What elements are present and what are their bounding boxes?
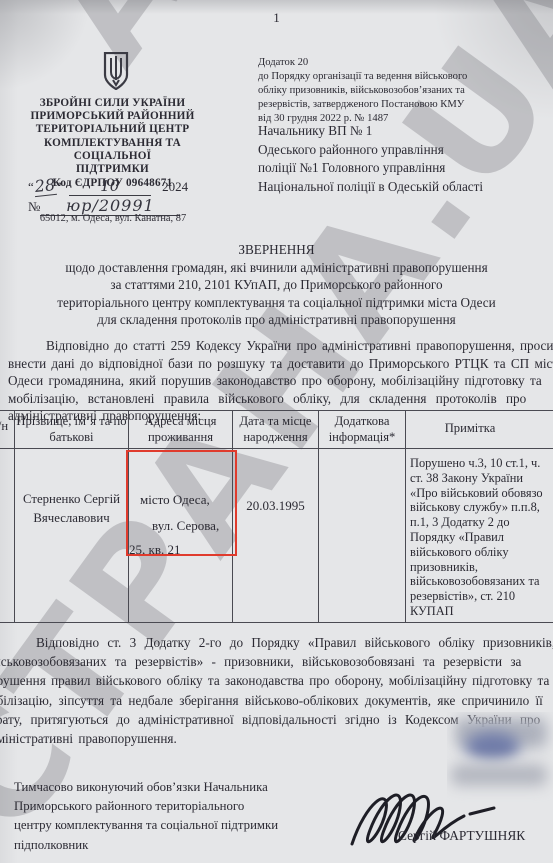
- table-header-birth: Дата та місце народження: [233, 414, 318, 445]
- signatory-line: центру комплектування та соціальної підт…: [14, 816, 278, 835]
- paragraph-line: Відповідно ст. 3 Додатку 2-го до Порядку…: [0, 633, 553, 652]
- table-border: [0, 448, 553, 449]
- paragraph-line: внести дані до відповідної бази по розшу…: [8, 355, 553, 373]
- appendix-line: резервістів, затвердженого Постановою КМ…: [258, 98, 548, 112]
- appendix-line: до Порядку організації та ведення військ…: [258, 70, 548, 84]
- org-line: КОМПЛЕКТУВАННЯ ТА СОЦІАЛЬНОЇ: [10, 137, 215, 163]
- note-line: п.1, 3 Додатку 2 до: [410, 515, 553, 530]
- sender-address: 65012, м. Одеса, вул. Канатна, 87: [8, 213, 218, 224]
- handwritten-month: 10: [100, 177, 119, 195]
- scanned-document-page: СТРАНА.UA А 1 ЗБРОЙНІ СИЛИ УКРАЇНИ ПРИМО…: [0, 0, 553, 863]
- page-number: 1: [0, 10, 553, 26]
- tryzub-emblem-icon: [103, 52, 129, 90]
- paragraph-line: Одеси громадянина, який порушив законода…: [8, 372, 553, 390]
- table-header-note: Примітка: [406, 421, 534, 437]
- handwritten-signature: [346, 772, 516, 863]
- org-line: ПІДТРИМКИ: [10, 163, 215, 176]
- table-header-index: /н: [0, 419, 14, 435]
- addressee-line: Одеського районного управління: [258, 141, 553, 160]
- title-line: територіального центру комплектування та…: [0, 294, 553, 312]
- table-border: [405, 410, 406, 622]
- signatory-line: Тимчасово виконуючий обов’язки Начальник…: [14, 778, 278, 797]
- signatory-name: Сергій ФАРТУШНЯК: [398, 828, 525, 844]
- note-line: призовників,: [410, 560, 553, 575]
- note-line: ст. 38 Закону України: [410, 471, 553, 486]
- note-line: Порядку «Правил: [410, 530, 553, 545]
- note-line: військового обліку: [410, 545, 553, 560]
- cell-full-name: Стерненко Сергій Вячеславович: [15, 490, 128, 528]
- year: 2024: [162, 179, 188, 194]
- org-line: ПРИМОРСЬКИЙ РАЙОННИЙ: [10, 110, 215, 123]
- title-line: для складення протоколів про адміністрат…: [0, 311, 553, 329]
- org-line: ЗБРОЙНІ СИЛИ УКРАЇНИ: [10, 97, 215, 110]
- note-line: військовозобовязаних та: [410, 574, 553, 589]
- note-line: КУПАП: [410, 604, 553, 619]
- table-header-address: Адреса місця проживання: [129, 414, 232, 445]
- paragraph-line: ійськовозобовязаних та резервістів» - пр…: [0, 652, 553, 671]
- note-line: резервістів», ст. 210: [410, 589, 553, 604]
- cell-note: Порушено ч.3, 10 ст.1, ч. ст. 38 Закону …: [410, 456, 553, 619]
- cell-birth-date: 20.03.1995: [233, 498, 318, 514]
- paragraph-line: обілізацію, зіпсуття та недбале зберіган…: [0, 691, 553, 710]
- document-title: ЗВЕРНЕННЯ щодо доставлення громадян, які…: [0, 241, 553, 329]
- note-line: «Про військовий обовязо: [410, 486, 553, 501]
- table-header-extra: Додаткова інформація*: [319, 414, 405, 445]
- title-heading: ЗВЕРНЕННЯ: [0, 241, 553, 259]
- note-line: військову службу» п.п.8,: [410, 500, 553, 515]
- addressee-block: Начальнику ВП № 1 Одеського районного уп…: [258, 122, 553, 196]
- note-line: Порушено ч.3, 10 ст.1, ч.: [410, 456, 553, 471]
- paragraph-line: Відповідно до статті 259 Кодексу України…: [8, 337, 553, 355]
- body-paragraph-1: Відповідно до статті 259 Кодексу України…: [8, 337, 553, 425]
- appendix-reference-block: Додаток 20 до Порядку організації та вед…: [258, 56, 548, 126]
- addressee-line: поліції №1 Головного управління: [258, 159, 553, 178]
- number-label: №: [28, 199, 40, 214]
- address-highlight-box: [126, 450, 237, 556]
- org-line: ТЕРИТОРІАЛЬНИЙ ЦЕНТР: [10, 123, 215, 136]
- addressee-line: Начальнику ВП № 1: [258, 122, 553, 141]
- title-line: щодо доставлення громадян, які вчинили а…: [0, 259, 553, 277]
- table-border: [0, 410, 553, 411]
- appendix-line: Додаток 20: [258, 56, 548, 70]
- title-line: за статтями 210, 2101 КУпАП, до Приморсь…: [0, 276, 553, 294]
- name-line: Стерненко Сергій: [15, 490, 128, 509]
- document-date-line: “28” 10 2024: [28, 176, 188, 196]
- addressee-line: Національної поліції в Одеській області: [258, 178, 553, 197]
- table-border: [0, 622, 553, 623]
- signatory-line: Приморського районного територіального: [14, 797, 278, 816]
- signatory-block: Тимчасово виконуючий обов’язки Начальник…: [14, 778, 278, 855]
- handwritten-day: 28: [33, 175, 57, 197]
- signatory-rank: підполковник: [14, 836, 278, 855]
- appendix-line: обліку призовників, військовозобов’язани…: [258, 84, 548, 98]
- name-line: Вячеславович: [15, 509, 128, 528]
- paragraph-line: мобілізацію, встановлені правила військо…: [8, 390, 553, 408]
- paragraph-line: орушення правил військового обліку та за…: [0, 671, 553, 690]
- table-header-name: Прізвище, ім’я та по батькові: [15, 414, 128, 445]
